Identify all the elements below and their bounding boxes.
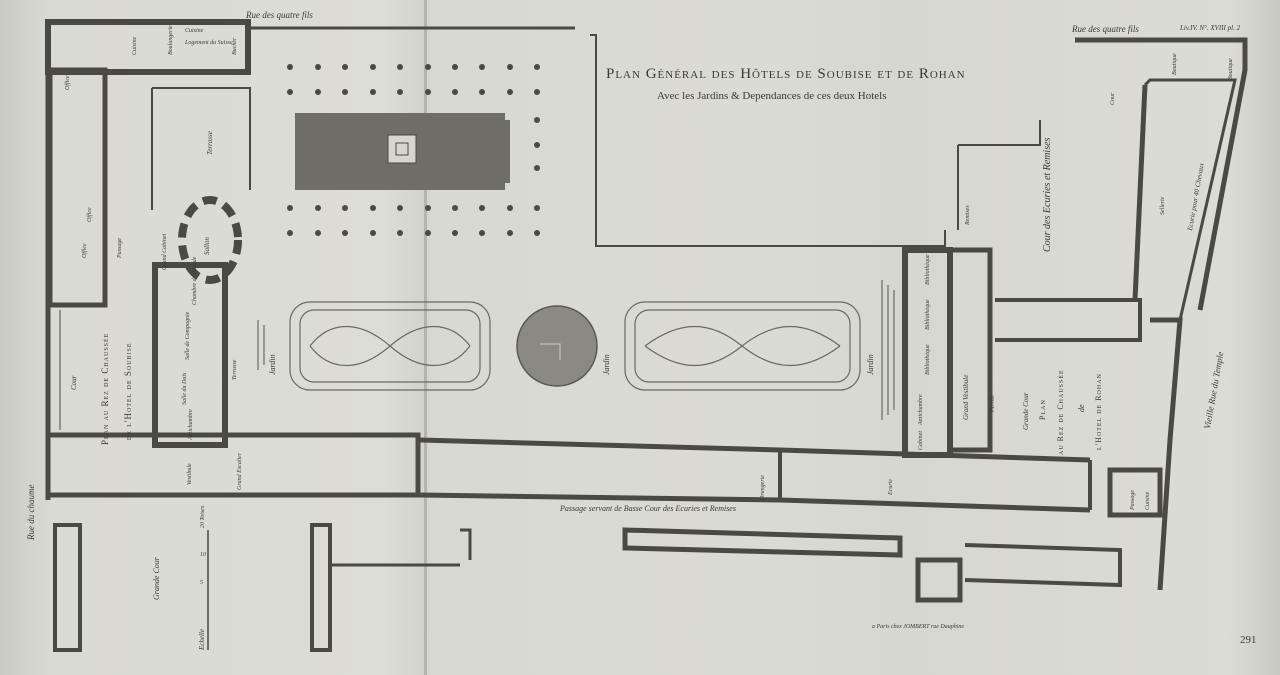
street-label-rue-des-quatre-fils-left: Rue des quatre fils — [246, 10, 313, 20]
plate-title: Plan Général des Hôtels de Soubise et de… — [606, 66, 966, 83]
jardin-right: Jardin — [866, 354, 875, 375]
rohan-remises: Remises — [965, 205, 971, 225]
soubise-cour: Cour — [70, 376, 78, 390]
rohan-perron: Perron — [990, 395, 996, 412]
soubise-salle-dais: Salle du Dais — [182, 373, 188, 405]
soubise-salle-compagnie: Salle de Compagnie — [185, 312, 191, 360]
soubise-antichambre: Antichambre — [188, 409, 194, 440]
plate-subtitle: Avec les Jardins & Dependances de ces de… — [657, 90, 887, 102]
jardin-center: Jardin — [602, 354, 611, 375]
jardin-left: Jardin — [268, 354, 277, 375]
rohan-orangerie: Orangerie — [760, 475, 766, 500]
rohan-cour-ecuries: Cour des Ecuries et Remises — [1042, 138, 1053, 252]
rohan-plan-label-1: Plan — [1038, 399, 1047, 420]
scale-tick-10: 10 — [200, 552, 206, 558]
scale-tick-5: 5 — [200, 580, 203, 586]
soubise-plan-label-1: Plan au Rez de Chaussée — [100, 333, 110, 445]
soubise-terrasse-side: Terrasse — [232, 360, 238, 380]
rohan-bibliotheque-3: Bibliothèque — [925, 344, 931, 375]
rohan-passage: Passage — [1130, 490, 1136, 510]
rohan-ecurie: Ecurie — [888, 479, 894, 495]
rohan-sellerie: Sellerie — [1160, 197, 1166, 215]
publisher-imprint: a Paris chez JOMBERT rue Dauphine — [872, 624, 964, 630]
rohan-cuisine: Cuisine — [1145, 492, 1151, 510]
rohan-boutique-2: Boutique — [1228, 58, 1234, 80]
soubise-cuisine-2: Cuisine — [185, 28, 203, 34]
rohan-cour: Cour — [1110, 93, 1116, 105]
soubise-passage: Passage — [117, 238, 123, 258]
page-number: 291 — [1240, 634, 1257, 646]
rohan-antichambre: Antichambre — [918, 394, 924, 425]
soubise-office-2: Office — [87, 207, 93, 222]
rohan-plan-label-4: l'Hotel de Rohan — [1094, 373, 1103, 450]
street-label-rue-des-quatre-fils-right: Rue des quatre fils — [1072, 24, 1139, 34]
rohan-plan-label-2: au Rez de Chaussée — [1056, 369, 1065, 455]
soubise-vestibule: Vestibule — [187, 463, 193, 485]
rohan-grand-vestibule: Grand Vestibule — [962, 375, 970, 420]
soubise-grand-escalier: Grand Escalier — [237, 453, 243, 490]
soubise-logement: Logement du Suisse — [185, 40, 233, 46]
floor-plan-drawing — [0, 0, 1280, 675]
soubise-office-1: Office — [82, 243, 88, 258]
soubise-sallon: Sallon — [203, 237, 211, 255]
soubise-cuisine-1: Cuisine — [132, 37, 138, 55]
soubise-boulangerie: Boulangerie — [168, 25, 174, 55]
soubise-office-3: Office — [65, 75, 71, 90]
street-label-rue-du-chaume: Rue du chaume — [26, 485, 36, 540]
plate-reference: Liv.IV. N°. XVIII pl. 2 — [1180, 24, 1240, 32]
soubise-chambre: Chambre de Parade — [192, 257, 198, 305]
rohan-cabinet: Cabinet — [918, 431, 924, 450]
rohan-grande-cour: Grande Cour — [1022, 392, 1030, 430]
soubise-grande-cour: Grande Cour — [152, 557, 161, 600]
scale-label: Echelle — [198, 629, 206, 650]
soubise-plan-label-2: de l'Hotel de Soubise — [123, 342, 133, 440]
passage-basse-cour-label: Passage servant de Basse Cour des Ecurie… — [560, 504, 736, 513]
rohan-bibliotheque-1: Bibliothèque — [925, 254, 931, 285]
soubise-terrasse-top: Terrasse — [206, 131, 214, 155]
scale-tick-20: 20 Toises — [200, 506, 206, 528]
rohan-plan-label-3: de — [1077, 404, 1086, 412]
soubise-grand-cabinet: Grand Cabinet — [162, 234, 168, 270]
rohan-boutique-1: Boutique — [1172, 53, 1178, 75]
rohan-bibliotheque-2: Bibliothèque — [925, 299, 931, 330]
engraved-plan-sheet: Plan Général des Hôtels de Soubise et de… — [0, 0, 1280, 675]
